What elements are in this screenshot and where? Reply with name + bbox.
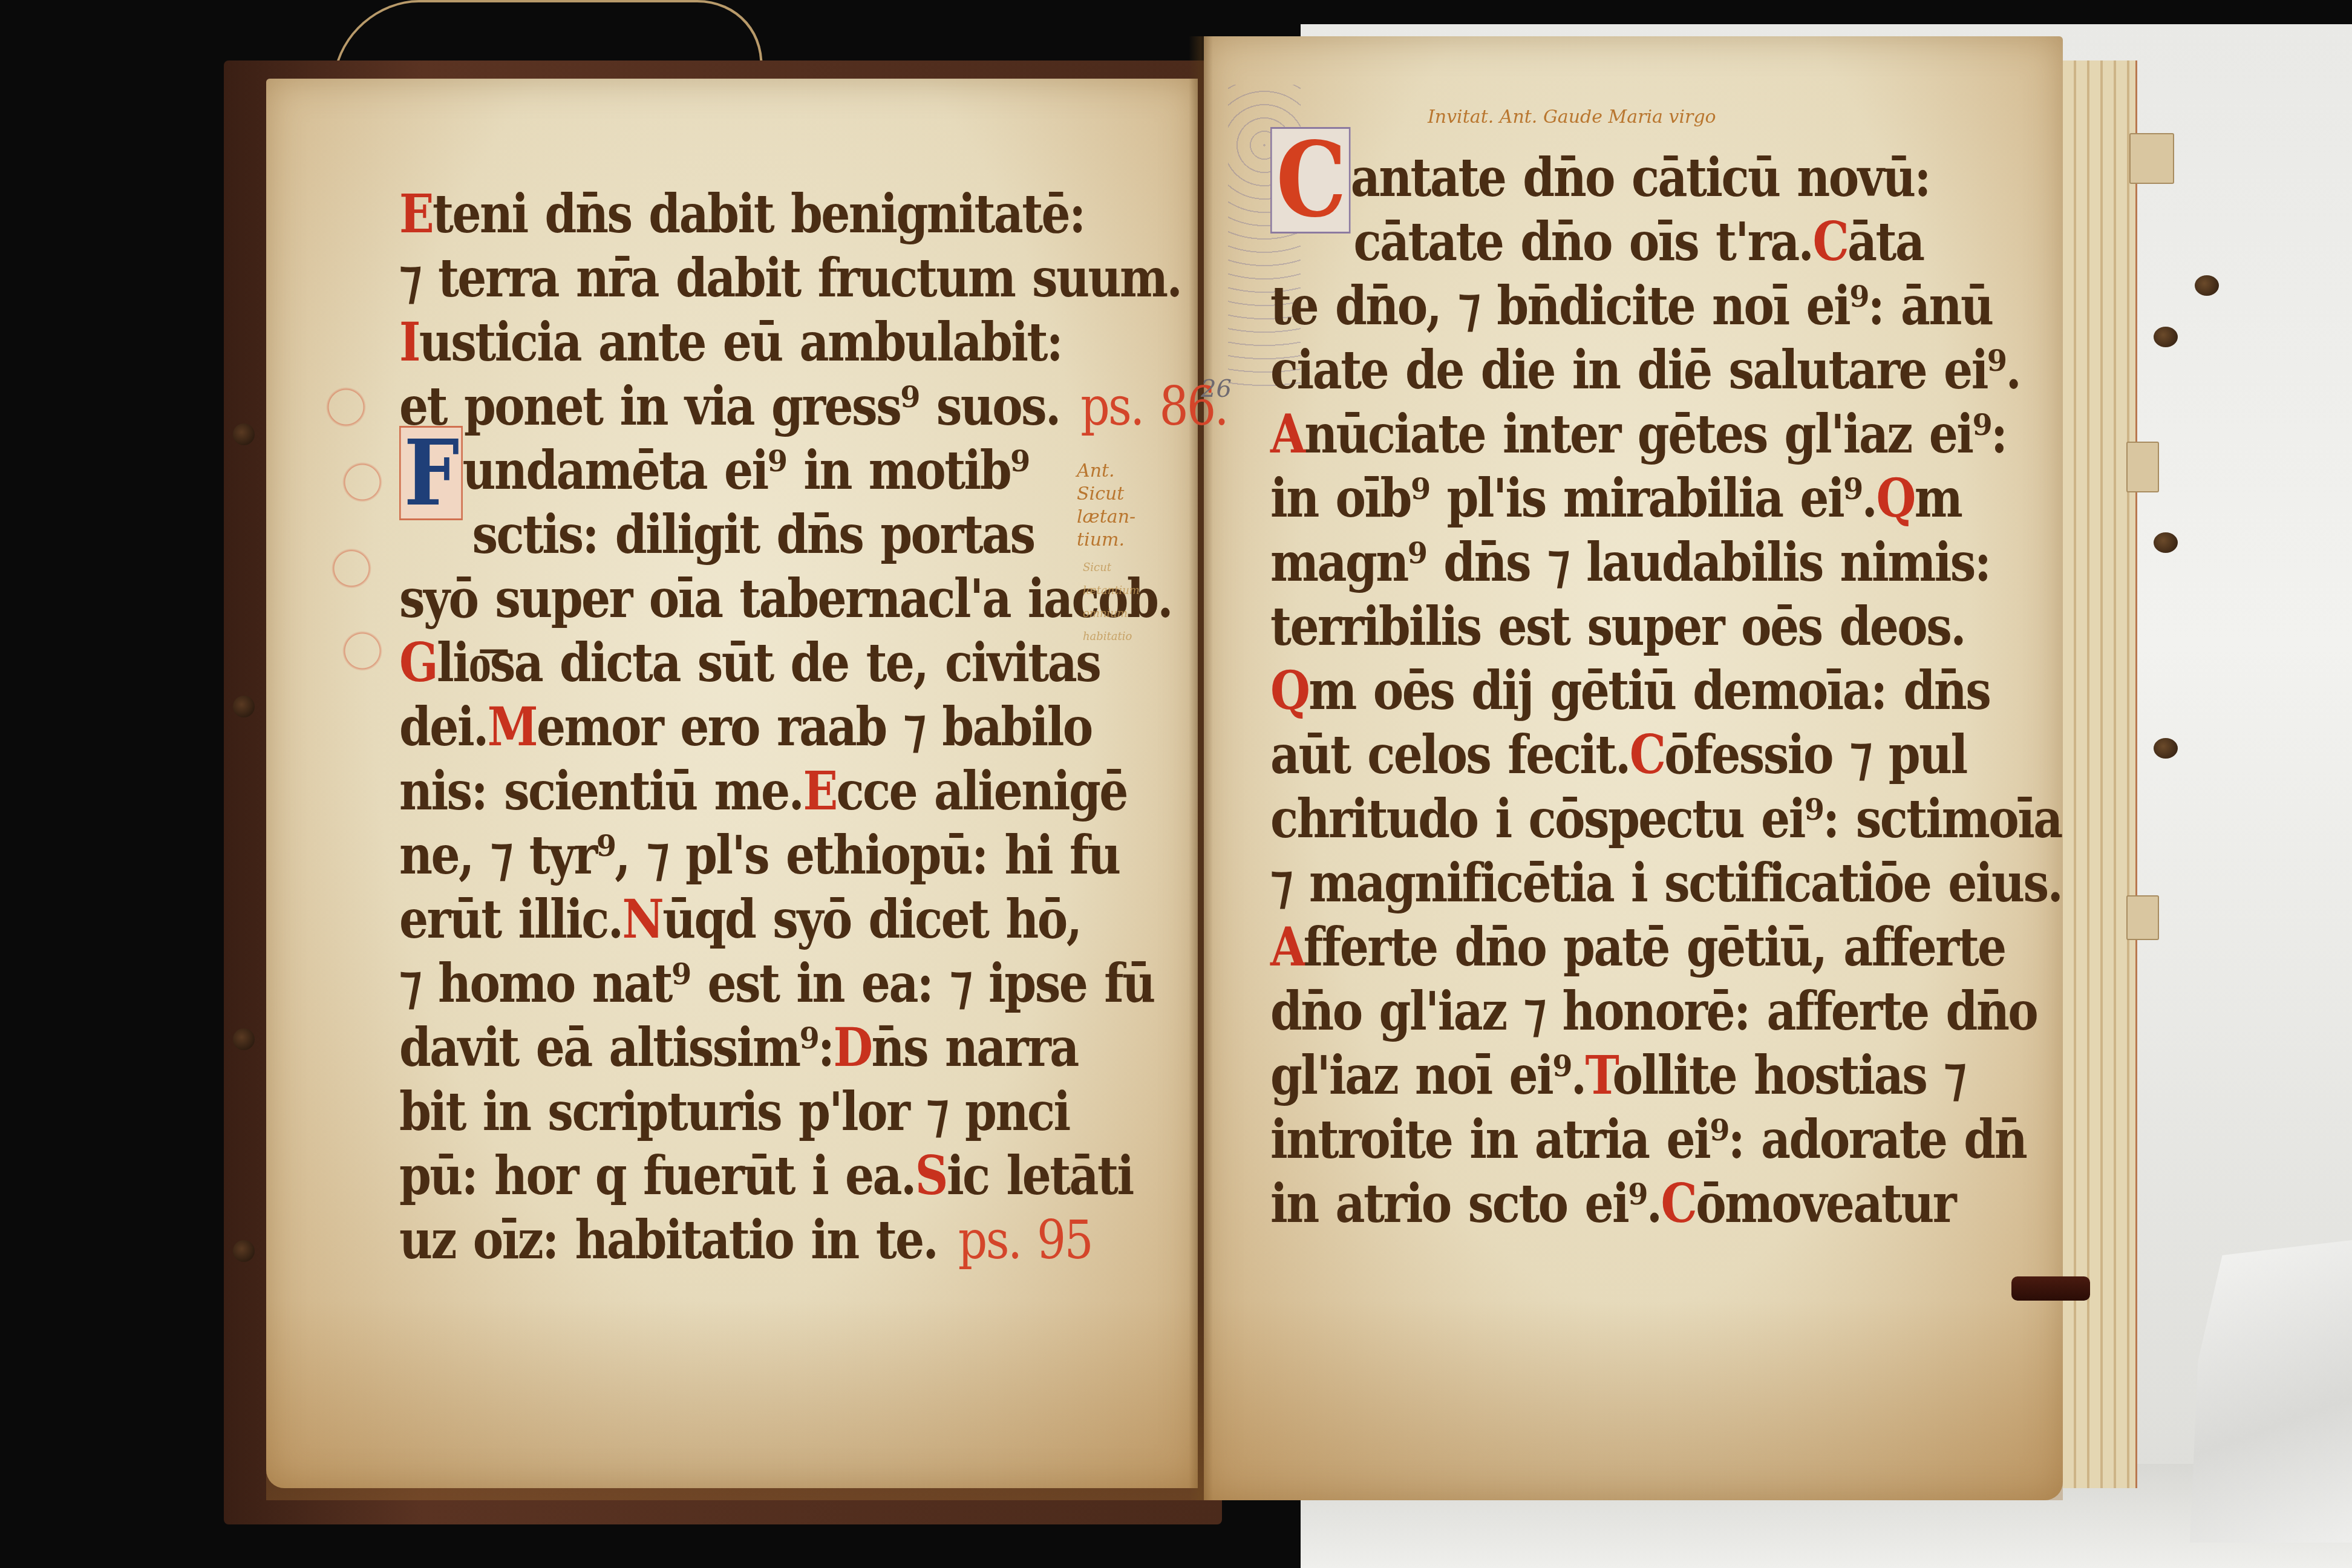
text-line: bit in scripturis p'lor ⁊ pnci [399, 1079, 1076, 1143]
text-line: Iusticia ante eū ambulabit: [399, 310, 1076, 374]
rubric-initial: A [1270, 402, 1304, 465]
text-line: Eteni dn̄s dabit benignitatē: [399, 181, 1076, 246]
text-line: magn⁹ dn̄s ⁊ laudabilis nimis: [1270, 530, 1915, 594]
text-line: te dn̄o, ⁊ bn̄dicite noī ei⁹: ānū [1270, 273, 1915, 338]
rubric-initial: I [399, 310, 419, 373]
text-line: in oīb⁹ pl'is mirabilia ei⁹.Qm [1270, 466, 1915, 530]
text-line: gl'iaz noī ei⁹.Tollite hostias ⁊ [1270, 1043, 1915, 1107]
bookmark-knot-icon [2154, 532, 2178, 553]
rubric-initial: Q [1876, 466, 1914, 529]
rubric-initial: A [1270, 915, 1304, 978]
rubric-initial: M [488, 695, 537, 758]
psalm-reference: ps. 95 [958, 1209, 1092, 1271]
text-line: uz oīz: habitatio in te.ps. 95 [399, 1207, 1076, 1272]
rubric-initial: C [1630, 723, 1665, 786]
text-line: dei.Memor ero raab ⁊ babilo [399, 694, 1076, 759]
text-line: in atrio scto ei⁹.Cōmoveatur [1270, 1171, 1915, 1235]
text-line: pū: hor q fuerūt i ea.Sic letāti [399, 1143, 1076, 1207]
text-line: Qm oēs dij gētiū demoīa: dn̄s [1270, 658, 1915, 722]
text-line: Cantate dn̄o cāticū novū: [1270, 145, 1915, 209]
page-tab[interactable] [2126, 442, 2159, 492]
text-line: Glio͞sa dicta sūt de te, civitas [399, 630, 1076, 694]
text-line: Fundamēta ei⁹ in motib⁹ [399, 438, 1076, 502]
clasp-strap-icon [2011, 1276, 2090, 1301]
rubric-initial: D [833, 1016, 871, 1079]
text-line: et ponet in via gress⁹ suos.ps. 86. [399, 374, 1076, 438]
text-line: syō super oīa tabernacl'a iacob. [399, 566, 1076, 630]
rubric-initial: G [399, 631, 437, 694]
pen-flourish-ornament [302, 351, 411, 726]
bookmark-knot-icon [2154, 327, 2178, 347]
margin-note-antiphon: Ant. Sicut lætan- tium. [1077, 460, 1161, 552]
rubric-initial: C [1812, 210, 1847, 273]
left-page-text: Eteni dn̄s dabit benignitatē: ⁊ terra nr… [399, 181, 1186, 1272]
cover-stud-icon [233, 1240, 255, 1262]
cover-stud-icon [233, 1028, 255, 1050]
rubric-initial: E [803, 759, 836, 822]
cover-stud-icon [233, 696, 255, 717]
cover-stud-icon [233, 423, 255, 445]
text-line: ⁊ homo nat⁹ est in ea: ⁊ ipse fū [399, 951, 1076, 1015]
text-line: Afferte dn̄o patē gētiū, afferte [1270, 915, 1915, 979]
right-page-text: Cantate dn̄o cāticū novū: cātate dn̄o oī… [1270, 145, 2020, 1235]
rubric-initial: E [399, 182, 433, 245]
header-rubric-note: Invitat. Ant. Gaude Maria virgo [1428, 106, 1791, 129]
rubric-initial: T [1586, 1044, 1613, 1106]
rubric-initial: S [915, 1144, 947, 1207]
text-line: davit eā altissim⁹:Dn̄s narra [399, 1015, 1076, 1079]
book-gutter [1189, 36, 1213, 1500]
text-line: introite in atria ei⁹: adorate dn̄ [1270, 1107, 1915, 1171]
text-line: erūt illic.Nūqd syō dicet hō, [399, 887, 1076, 951]
text-line: ne, ⁊ tyr⁹, ⁊ pl's ethiopū: hi fu [399, 823, 1076, 887]
bookmark-knot-icon [2154, 738, 2178, 759]
text-line: dn̄o gl'iaz ⁊ honorē: afferte dn̄o [1270, 979, 1915, 1043]
margin-note-pencil: Sicut lætantium omnium habitatio [1083, 557, 1168, 648]
text-line: ⁊ magnificētia i sctificatiōe eius. [1270, 851, 1915, 915]
text-line: terribilis est super oēs deos. [1270, 594, 1915, 658]
page-edges [2063, 60, 2137, 1488]
rubric-initial: N [622, 887, 663, 950]
bookmark-knot-icon [2195, 275, 2219, 296]
text-line: aūt celos fecit.Cōfessio ⁊ pul [1270, 722, 1915, 786]
text-line: cātate dn̄o oīs t'ra.Cāta [1270, 209, 1915, 273]
text-line: ⁊ terra nr̄a dabit fructum suum. [399, 246, 1076, 310]
page-tab[interactable] [2129, 133, 2174, 184]
rubric-initial: C [1661, 1172, 1696, 1235]
text-line: sctis: diligit dn̄s portas [399, 502, 1076, 566]
text-line: chritudo i cōspectu ei⁹: sctimoīa [1270, 786, 1915, 851]
text-line: ciate de die in diē salutare ei⁹. [1270, 338, 1915, 402]
text-line: nis: scientiū me.Ecce alienigē [399, 759, 1076, 823]
folio-number: 26 [1201, 375, 1232, 403]
page-tab[interactable] [2126, 895, 2159, 940]
rubric-initial: Q [1270, 659, 1308, 722]
text-line: Anūciate inter gētes gl'iaz ei⁹: [1270, 402, 1915, 466]
